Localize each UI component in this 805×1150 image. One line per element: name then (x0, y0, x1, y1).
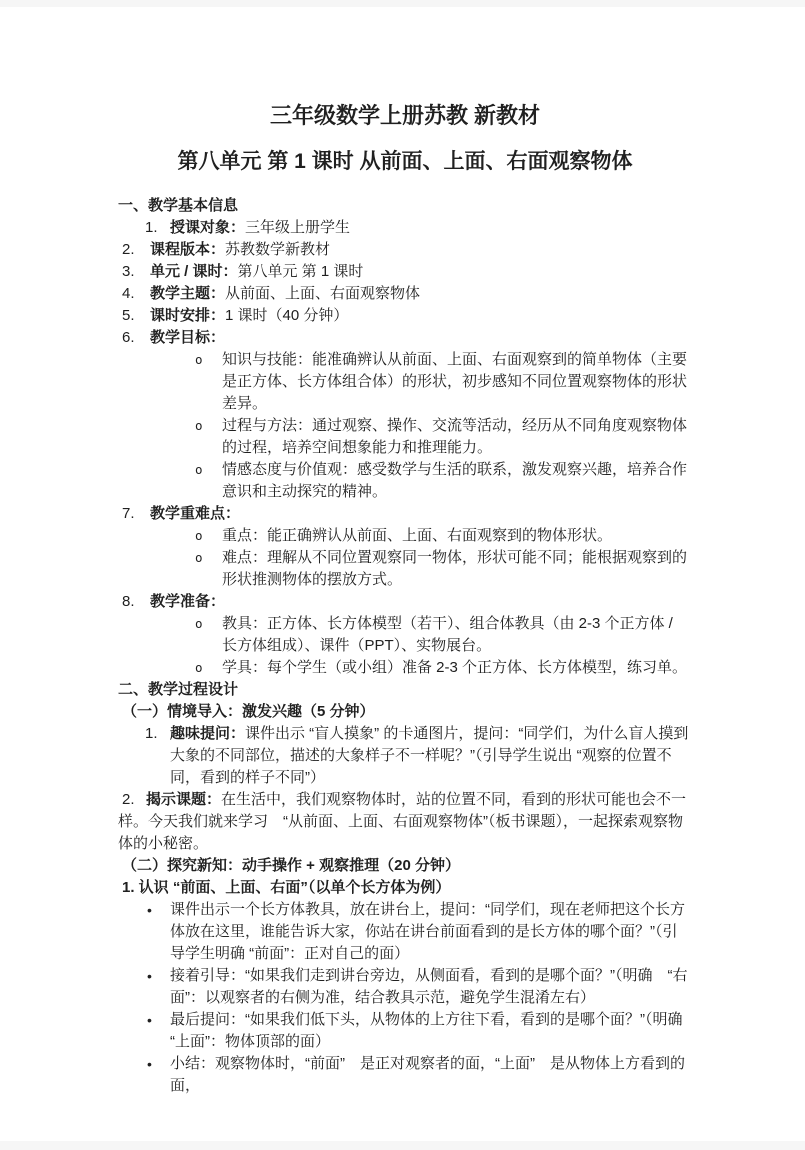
numbered-item: 5. 课时安排：1 课时（40 分钟） (118, 305, 692, 327)
item-text: 授课对象：三年级上册学生 (170, 217, 692, 239)
numbered-item: 7. 教学重难点： (118, 503, 692, 525)
dot-bullet-marker: • (147, 1009, 170, 1053)
dot-bullet-marker: • (147, 1053, 170, 1097)
item-text: 课时安排：1 课时（40 分钟） (150, 305, 692, 327)
item-value: 从前面、上面、右面观察物体 (225, 285, 420, 302)
item-label: 单元 / 课时： (150, 263, 238, 280)
sub-bullet-item: o 教具：正方体、长方体模型（若干）、组合体教具（由 2-3 个正方体 / 长方… (118, 613, 692, 657)
item-label: 趣味提问： (170, 725, 245, 742)
numbered-paragraph: 2.揭示课题：在生活中，我们观察物体时，站的位置不同，看到的形状可能也会不一样。… (118, 789, 692, 855)
sub-bullet-item: o 知识与技能：能准确辨认从前面、上面、右面观察到的简单物体（主要是正方体、长方… (118, 349, 692, 415)
item-number: 4. (122, 283, 150, 305)
bullet-text: 小结：观察物体时，“前面” 是正对观察者的面，“上面” 是从物体上方看到的面， (170, 1053, 692, 1097)
item-text: 教学目标： (150, 327, 692, 349)
sub-bullet-item: o 过程与方法：通过观察、操作、交流等活动，经历从不同角度观察物体的过程，培养空… (118, 415, 692, 459)
dot-bullet-marker: • (147, 965, 170, 1009)
subsection-heading-explore: （二）探究新知：动手操作 + 观察推理（20 分钟） (118, 855, 692, 877)
bullet-text: 难点：理解从不同位置观察同一物体，形状可能不同；能根据观察到的形状推测物体的摆放… (222, 547, 692, 591)
item-text: 课程版本：苏教数学新教材 (150, 239, 692, 261)
item-text: 教学重难点： (150, 503, 692, 525)
item-text: 教学主题：从前面、上面、右面观察物体 (150, 283, 692, 305)
item-number: 5. (122, 305, 150, 327)
bullet-text: 最后提问：“如果我们低下头，从物体的上方往下看，看到的是哪个面？”（明确 “上面… (170, 1009, 692, 1053)
item-number: 2. (122, 789, 146, 811)
numbered-item: 6. 教学目标： (118, 327, 692, 349)
sub-bullet-item: o 情感态度与价值观：感受数学与生活的联系，激发观察兴趣，培养合作意识和主动探究… (118, 459, 692, 503)
item-value: 1 课时（40 分钟） (225, 307, 348, 324)
item-number: 1. (145, 217, 170, 239)
circle-bullet-marker: o (195, 547, 222, 591)
item-text: 教学准备： (150, 591, 692, 613)
doc-title: 三年级数学上册苏教 新教材 (118, 101, 692, 131)
item-number: 2. (122, 239, 150, 261)
item-number: 6. (122, 327, 150, 349)
item-value: 课件出示 “盲人摸象” 的卡通图片，提问：“同学们，为什么盲人摸到大象的不同部位… (170, 725, 688, 786)
item-value: 第八单元 第 1 课时 (238, 263, 364, 280)
section-heading-basic-info: 一、教学基本信息 (118, 195, 692, 217)
item-value: 三年级上册学生 (245, 219, 350, 236)
subsection-heading-intro: （一）情境导入：激发兴趣（5 分钟） (118, 701, 692, 723)
viewer-bottom-edge (0, 1141, 805, 1150)
item-number: 7. (122, 503, 150, 525)
activity-heading: 1. 认识 “前面、上面、右面”（以单个长方体为例） (118, 877, 692, 899)
item-value: 苏教数学新教材 (225, 241, 330, 258)
doc-subtitle: 第八单元 第 1 课时 从前面、上面、右面观察物体 (118, 148, 692, 176)
numbered-item: 3. 单元 / 课时：第八单元 第 1 课时 (118, 261, 692, 283)
numbered-item: 2. 课程版本：苏教数学新教材 (118, 239, 692, 261)
bullet-item: • 小结：观察物体时，“前面” 是正对观察者的面，“上面” 是从物体上方看到的面… (118, 1053, 692, 1097)
circle-bullet-marker: o (195, 525, 222, 547)
bullet-text: 重点：能正确辨认从前面、上面、右面观察到的物体形状。 (222, 525, 692, 547)
bullet-text: 接着引导：“如果我们走到讲台旁边，从侧面看，看到的是哪个面？”（明确 “右面”：… (170, 965, 692, 1009)
bullet-item: • 最后提问：“如果我们低下头，从物体的上方往下看，看到的是哪个面？”（明确 “… (118, 1009, 692, 1053)
sub-bullet-item: o 学具：每个学生（或小组）准备 2-3 个正方体、长方体模型，练习单。 (118, 657, 692, 679)
bullet-text: 知识与技能：能准确辨认从前面、上面、右面观察到的简单物体（主要是正方体、长方体组… (222, 349, 692, 415)
item-number: 1. (145, 723, 170, 789)
item-label: 教学目标： (150, 329, 225, 346)
circle-bullet-marker: o (195, 415, 222, 459)
item-text: 单元 / 课时：第八单元 第 1 课时 (150, 261, 692, 283)
bullet-item: • 课件出示一个长方体教具，放在讲台上，提问：“同学们，现在老师把这个长方体放在… (118, 899, 692, 965)
item-text: 趣味提问：课件出示 “盲人摸象” 的卡通图片，提问：“同学们，为什么盲人摸到大象… (170, 723, 692, 789)
bullet-text: 学具：每个学生（或小组）准备 2-3 个正方体、长方体模型，练习单。 (222, 657, 692, 679)
numbered-item: 8. 教学准备： (118, 591, 692, 613)
document-page: 三年级数学上册苏教 新教材 第八单元 第 1 课时 从前面、上面、右面观察物体 … (0, 0, 805, 1097)
dot-bullet-marker: • (147, 899, 170, 965)
item-label: 教学准备： (150, 593, 225, 610)
item-label: 揭示课题： (146, 791, 221, 808)
bullet-text: 情感态度与价值观：感受数学与生活的联系，激发观察兴趣，培养合作意识和主动探究的精… (222, 459, 692, 503)
sub-bullet-item: o 重点：能正确辨认从前面、上面、右面观察到的物体形状。 (118, 525, 692, 547)
sub-bullet-item: o 难点：理解从不同位置观察同一物体，形状可能不同；能根据观察到的形状推测物体的… (118, 547, 692, 591)
item-label: 课程版本： (150, 241, 225, 258)
item-label: 教学重难点： (150, 505, 240, 522)
bullet-text: 过程与方法：通过观察、操作、交流等活动，经历从不同角度观察物体的过程，培养空间想… (222, 415, 692, 459)
numbered-item: 4. 教学主题：从前面、上面、右面观察物体 (118, 283, 692, 305)
viewer-top-edge (0, 0, 805, 7)
circle-bullet-marker: o (195, 459, 222, 503)
item-label: 课时安排： (150, 307, 225, 324)
numbered-item: 1. 授课对象：三年级上册学生 (118, 217, 692, 239)
item-label: 授课对象： (170, 219, 245, 236)
bullet-text: 教具：正方体、长方体模型（若干）、组合体教具（由 2-3 个正方体 / 长方体组… (222, 613, 692, 657)
section-heading-process: 二、教学过程设计 (118, 679, 692, 701)
item-label: 教学主题： (150, 285, 225, 302)
document-viewer: 三年级数学上册苏教 新教材 第八单元 第 1 课时 从前面、上面、右面观察物体 … (0, 0, 805, 1150)
numbered-item: 1. 趣味提问：课件出示 “盲人摸象” 的卡通图片，提问：“同学们，为什么盲人摸… (118, 723, 692, 789)
circle-bullet-marker: o (195, 613, 222, 657)
circle-bullet-marker: o (195, 657, 222, 679)
circle-bullet-marker: o (195, 349, 222, 415)
bullet-text: 课件出示一个长方体教具，放在讲台上，提问：“同学们，现在老师把这个长方体放在这里… (170, 899, 692, 965)
item-number: 8. (122, 591, 150, 613)
item-number: 3. (122, 261, 150, 283)
bullet-item: • 接着引导：“如果我们走到讲台旁边，从侧面看，看到的是哪个面？”（明确 “右面… (118, 965, 692, 1009)
